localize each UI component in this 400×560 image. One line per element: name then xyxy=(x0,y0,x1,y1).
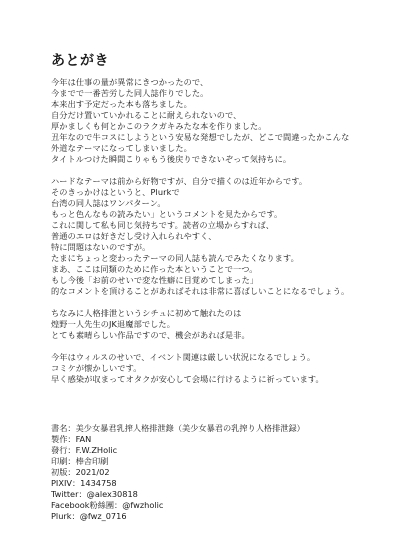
text-line: 丑年なので牛コスにしようという安易な発想でしたが、どこで間違ったかこんな xyxy=(51,132,391,143)
colophon-plurk: Plurk：@fwz_0716 xyxy=(51,511,391,522)
text-line: 自分だけ置いていかれることに耐えられないので、 xyxy=(51,110,391,121)
text-line: 本来出す予定だった本も落ちました。 xyxy=(51,99,391,110)
text-line: 厚かましくも何とかこのラクガキみたな本を作りました。 xyxy=(51,121,391,132)
page-title: あとがき xyxy=(51,50,109,70)
text-line: 的なコメントを頂けることがあればそれは非常に喜ばしいことになるでしょう。 xyxy=(51,286,391,297)
text-line: 今年はウィルスのせいで、イベント関連は厳しい状況になるでしょう。 xyxy=(51,352,391,363)
text-line: 台湾の同人誌はワンパターン。 xyxy=(51,198,391,209)
text-line: 煌野一人先生のJK退魔部でした。 xyxy=(51,319,391,330)
text-line: ハードなテーマは前から好物ですが、自分で描くのは近年からです。 xyxy=(51,176,391,187)
afterword-body: 今年は仕事の量が異常にきつかったので、 今までで一番苦労した同人誌作りでした。 … xyxy=(51,77,391,385)
text-line: 早く感染が収まってオタクが安心して会場に行けるように祈っています。 xyxy=(51,374,391,385)
colophon: 書名：美少女暴君乳搾人格排泄錄（美少女暴君の乳搾り人格排泄録） 製作：FAN 發… xyxy=(51,423,391,522)
text-line: そのきっかけはというと、Plurkで xyxy=(51,187,391,198)
colophon-edition: 初版：2021/02 xyxy=(51,467,391,478)
colophon-publisher: 發行：F.W.ZHolic xyxy=(51,445,391,456)
paragraph-4: 今年はウィルスのせいで、イベント関連は厳しい状況になるでしょう。 コミケが懐かし… xyxy=(51,352,391,385)
text-line: まあ、ここは同類のために作った本ということで一つ。 xyxy=(51,264,391,275)
colophon-pixiv: PIXIV：1434758 xyxy=(51,478,391,489)
paragraph-spacer xyxy=(51,165,391,176)
text-line: タイトルつけた瞬間こりゃもう後戻りできないぞって気持ちに。 xyxy=(51,154,391,165)
afterword-page: あとがき 今年は仕事の量が異常にきつかったので、 今までで一番苦労した同人誌作り… xyxy=(0,0,400,560)
text-line: コミケが懐かしいです。 xyxy=(51,363,391,374)
paragraph-2: ハードなテーマは前から好物ですが、自分で描くのは近年からです。 そのきっかけはと… xyxy=(51,176,391,297)
text-line: もっと色んなもの読みたい」というコメントを見たからです。 xyxy=(51,209,391,220)
colophon-printer: 印刷：棒舎印刷 xyxy=(51,456,391,467)
paragraph-3: ちなみに人格排泄というシチュに初めて触れたのは 煌野一人先生のJK退魔部でした。… xyxy=(51,308,391,341)
text-line: 外道なテーマになってしまいました。 xyxy=(51,143,391,154)
text-line: ちなみに人格排泄というシチュに初めて触れたのは xyxy=(51,308,391,319)
text-line: 今までで一番苦労した同人誌作りでした。 xyxy=(51,88,391,99)
paragraph-spacer xyxy=(51,297,391,308)
text-line: 今年は仕事の量が異常にきつかったので、 xyxy=(51,77,391,88)
text-line: 普通のエロは好きだし受け入れられやすく、 xyxy=(51,231,391,242)
paragraph-spacer xyxy=(51,341,391,352)
text-line: 特に問題はないのですが。 xyxy=(51,242,391,253)
colophon-facebook: Facebook粉絲團：@fwzholic xyxy=(51,500,391,511)
colophon-twitter: Twitter：@alex30818 xyxy=(51,489,391,500)
paragraph-1: 今年は仕事の量が異常にきつかったので、 今までで一番苦労した同人誌作りでした。 … xyxy=(51,77,391,165)
text-line: たまにちょっと変わったテーマの同人誌も読んでみたくなります。 xyxy=(51,253,391,264)
colophon-author: 製作：FAN xyxy=(51,434,391,445)
text-line: もし今後「お前のせいで変な性癖に目覚めてしまった」 xyxy=(51,275,391,286)
text-line: これに関して私も同じ気持ちです。読者の立場からすれば、 xyxy=(51,220,391,231)
colophon-title: 書名：美少女暴君乳搾人格排泄錄（美少女暴君の乳搾り人格排泄録） xyxy=(51,423,391,434)
text-line: とても素晴らしい作品ですので、機会があれば是非。 xyxy=(51,330,391,341)
